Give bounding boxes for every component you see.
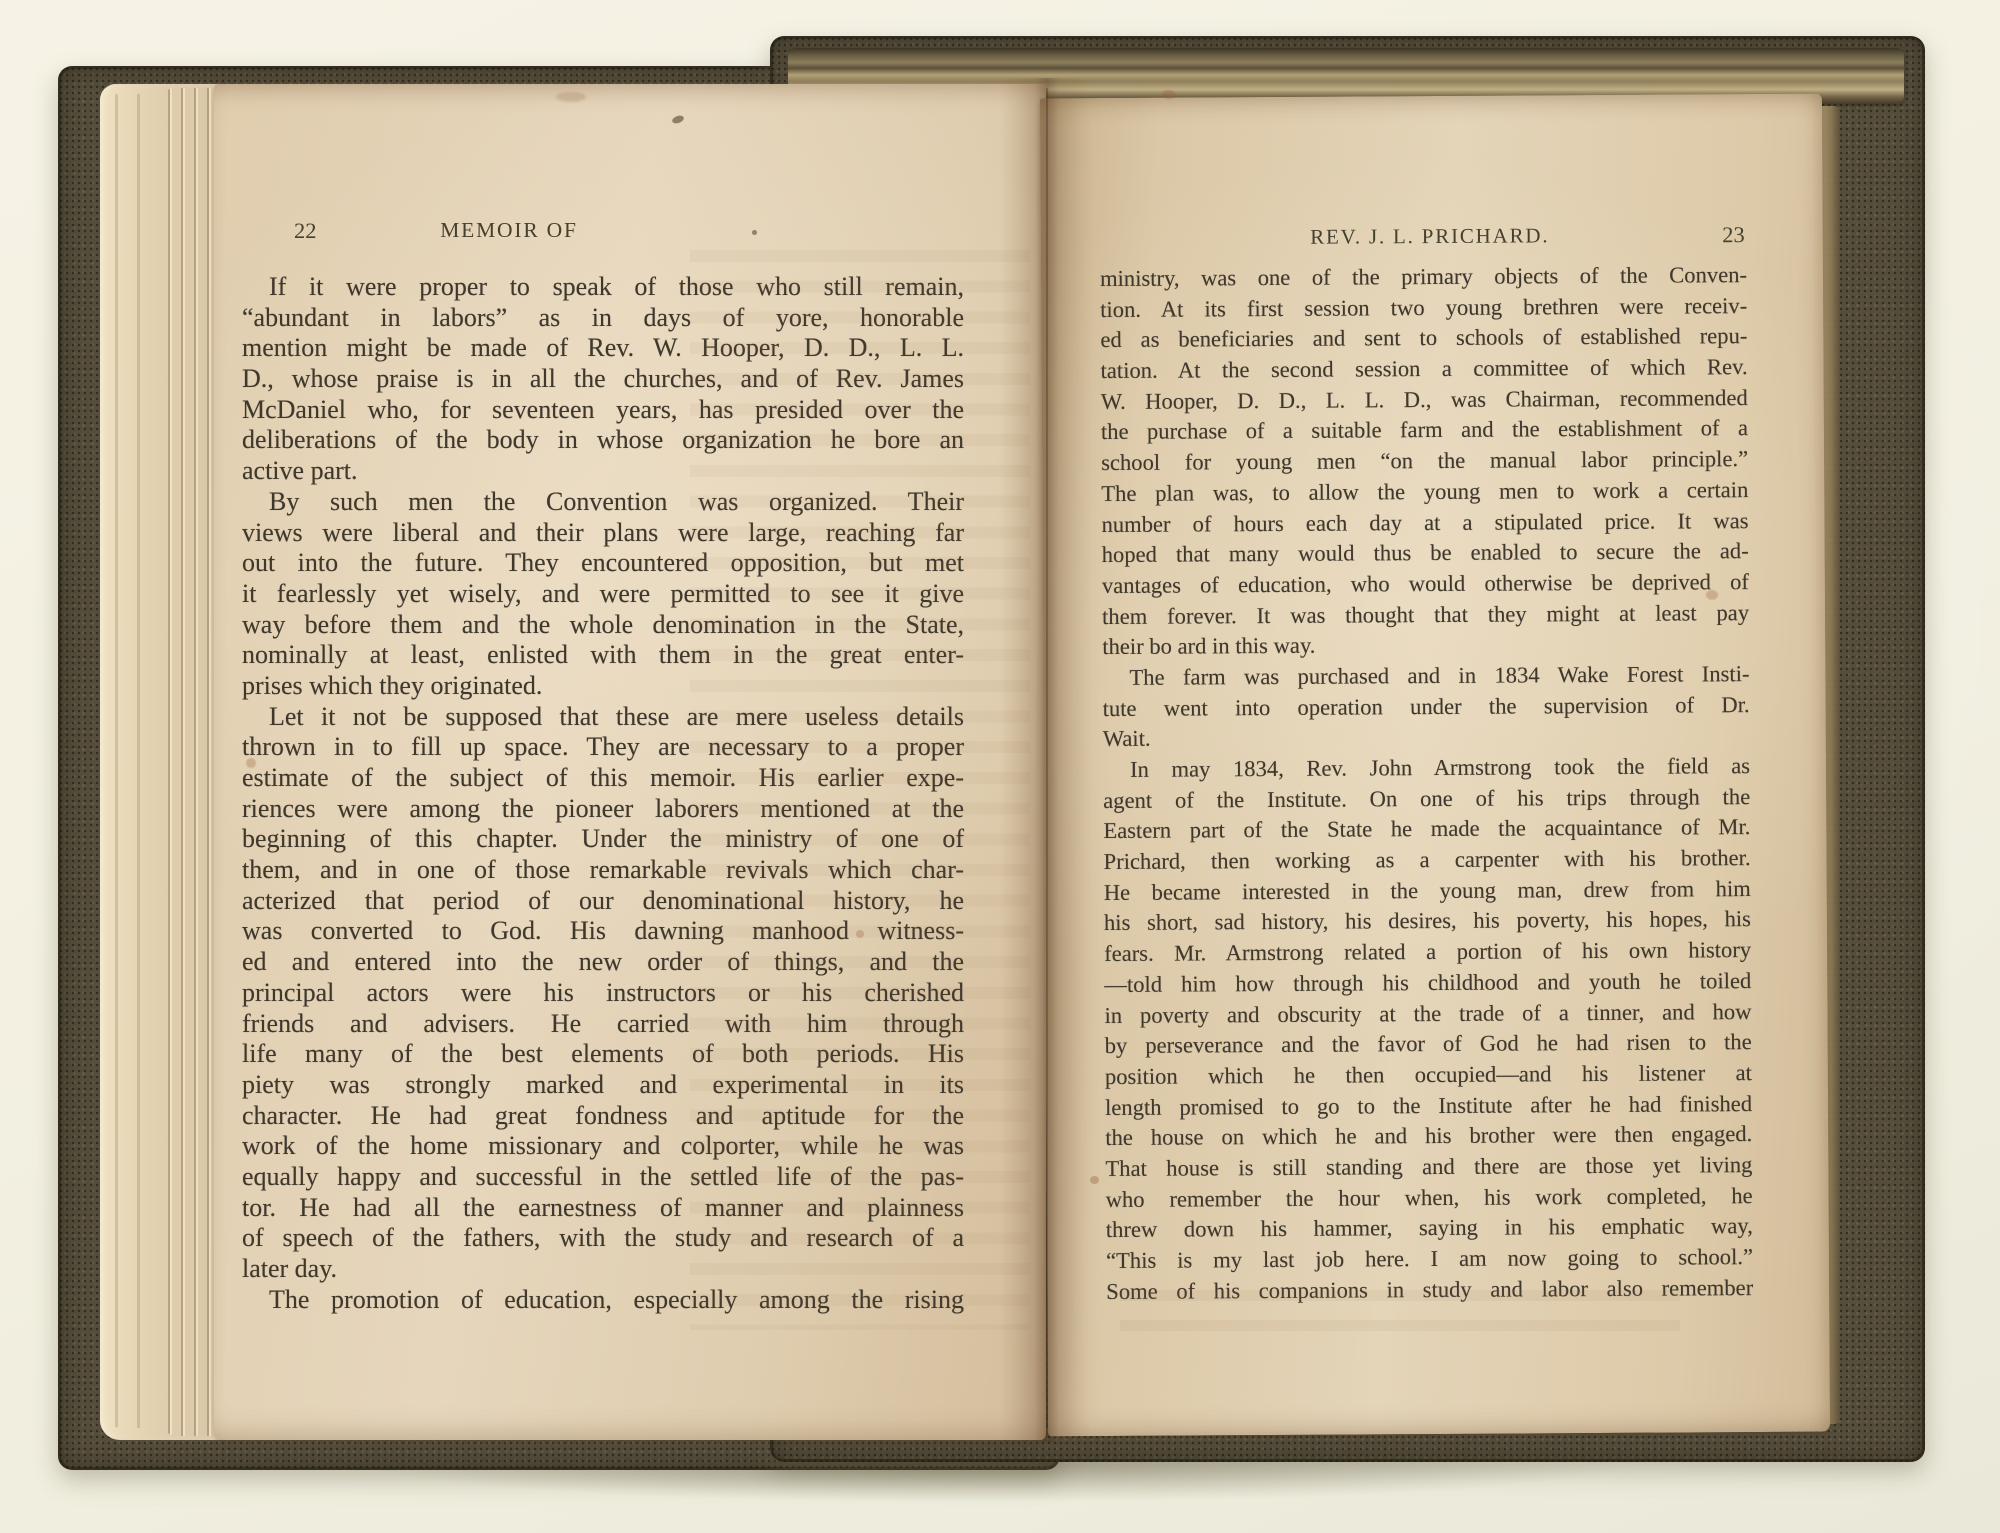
page-left: 22 MEMOIR OF If it were proper to speak … bbox=[214, 84, 1046, 1440]
text-line: school for young men “on the manual labo… bbox=[1101, 444, 1748, 479]
text-line: character. He had great fondness and apt… bbox=[242, 1101, 964, 1132]
text-line: way before them and the whole denominati… bbox=[242, 610, 964, 641]
running-title-left: MEMOIR OF bbox=[394, 218, 624, 243]
text-line: work of the home missionary and colporte… bbox=[242, 1131, 964, 1162]
page-stack-fore-edge-left bbox=[100, 84, 222, 1440]
text-line: friends and advisers. He carried with hi… bbox=[242, 1009, 964, 1040]
text-line: McDaniel who, for seventeen years, has p… bbox=[242, 395, 964, 426]
text-line: Eastern part of the State he made the ac… bbox=[1103, 812, 1750, 847]
photo-background: 22 MEMOIR OF If it were proper to speak … bbox=[0, 0, 2000, 1533]
text-line: ed as beneficiaries and sent to schools … bbox=[1100, 321, 1747, 356]
text-line: out into the future. They encountered op… bbox=[242, 548, 964, 579]
text-line: views were liberal and their plans were … bbox=[242, 518, 964, 549]
text-line: mention might be made of Rev. W. Hooper,… bbox=[242, 333, 964, 364]
text-line: That house is still standing and there a… bbox=[1105, 1150, 1752, 1185]
text-line: the purchase of a suitable farm and the … bbox=[1101, 414, 1748, 449]
text-line: W. Hooper, D. D., L. L. D., was Chairman… bbox=[1101, 383, 1748, 418]
text-line: length promised to go to the Institute a… bbox=[1105, 1089, 1752, 1124]
page-right: REV. J. L. PRICHARD. 23 ministry, was on… bbox=[1040, 94, 1830, 1437]
text-line: equally happy and successful in the sett… bbox=[242, 1162, 964, 1193]
text-line: piety was strongly marked and experiment… bbox=[242, 1070, 964, 1101]
text-line: by perseverance and the favor of God he … bbox=[1105, 1027, 1752, 1062]
text-line: He became interested in the young man, d… bbox=[1104, 874, 1751, 909]
text-line: riences were among the pioneer laborers … bbox=[242, 794, 964, 825]
text-line: principal actors were his instructors or… bbox=[242, 978, 964, 1009]
text-line: estimate of the subject of this memoir. … bbox=[242, 763, 964, 794]
running-title-right: REV. J. L. PRICHARD. bbox=[1288, 223, 1572, 250]
text-line: tor. He had all the earnestness of manne… bbox=[242, 1193, 964, 1224]
text-line: active part. bbox=[242, 456, 964, 487]
running-header-left: 22 MEMOIR OF bbox=[242, 218, 964, 250]
text-line: acterized that period of our denominatio… bbox=[242, 886, 964, 917]
text-line: tation. At the second session a committe… bbox=[1100, 352, 1747, 387]
text-line: “This is my last job here. I am now goin… bbox=[1106, 1242, 1753, 1277]
text-line: of speech of the fathers, with the study… bbox=[242, 1223, 964, 1254]
text-line: The promotion of education, especially a… bbox=[242, 1285, 964, 1316]
text-line: their bo ard in this way. bbox=[1102, 628, 1749, 663]
text-line: beginning of this chapter. Under the min… bbox=[242, 824, 964, 855]
text-line: The farm was purchased and in 1834 Wake … bbox=[1102, 659, 1749, 694]
text-line: hoped that many would thus be enabled to… bbox=[1102, 536, 1749, 571]
text-line: number of hours each day at a stipulated… bbox=[1101, 506, 1748, 541]
text-line: them forever. It was thought that they m… bbox=[1102, 598, 1749, 633]
text-line: If it were proper to speak of those who … bbox=[242, 272, 964, 303]
text-line: was converted to God. His dawning manhoo… bbox=[242, 916, 964, 947]
text-line: tute went into operation under the super… bbox=[1103, 690, 1750, 725]
text-line: them, and in one of those remarkable rev… bbox=[242, 855, 964, 886]
text-line: Some of his companions in study and labo… bbox=[1106, 1273, 1753, 1308]
text-line: threw down his hammer, saying in his emp… bbox=[1106, 1211, 1753, 1246]
text-line: Let it not be supposed that these are me… bbox=[242, 702, 964, 733]
text-line: in poverty and obscurity at the trade of… bbox=[1104, 997, 1751, 1032]
text-line: “abundant in labors” as in days of yore,… bbox=[242, 303, 964, 334]
text-line: it fearlessly yet wisely, and were permi… bbox=[242, 579, 964, 610]
text-line: the house on which he and his brother we… bbox=[1105, 1119, 1752, 1154]
text-line: ed and entered into the new order of thi… bbox=[242, 947, 964, 978]
text-line: position which he then occupied—and his … bbox=[1105, 1058, 1752, 1093]
text-line: his short, sad history, his desires, his… bbox=[1104, 905, 1751, 940]
text-line: The plan was, to allow the young men to … bbox=[1101, 475, 1748, 510]
text-line: fears. Mr. Armstrong related a portion o… bbox=[1104, 935, 1751, 970]
page-left-body: If it were proper to speak of those who … bbox=[242, 272, 964, 1315]
text-line: life many of the best elements of both p… bbox=[242, 1039, 964, 1070]
text-line: agent of the Institute. On one of his tr… bbox=[1103, 782, 1750, 817]
text-line: vantages of education, who would otherwi… bbox=[1102, 567, 1749, 602]
page-right-body: ministry, was one of the primary objects… bbox=[1100, 260, 1753, 1307]
text-line: D., whose praise is in all the churches,… bbox=[242, 364, 964, 395]
text-line: By such men the Convention was organized… bbox=[242, 487, 964, 518]
text-line: Wait. bbox=[1103, 720, 1750, 755]
text-line: ministry, was one of the primary objects… bbox=[1100, 260, 1747, 295]
page-number-left: 22 bbox=[294, 218, 317, 244]
page-number-right: 23 bbox=[1722, 222, 1745, 248]
text-line: —told him how through his childhood and … bbox=[1104, 966, 1751, 1001]
text-line: deliberations of the body in whose organ… bbox=[242, 425, 964, 456]
text-line: tion. At its first session two young bre… bbox=[1100, 291, 1747, 326]
text-line: prises which they originated. bbox=[242, 671, 964, 702]
text-line: In may 1834, Rev. John Armstrong took th… bbox=[1103, 751, 1750, 786]
text-line: Prichard, then working as a carpenter wi… bbox=[1103, 843, 1750, 878]
text-line: thrown in to fill up space. They are nec… bbox=[242, 732, 964, 763]
text-line: nominally at least, enlisted with them i… bbox=[242, 640, 964, 671]
text-line: who remember the hour when, his work com… bbox=[1106, 1181, 1753, 1216]
text-line: later day. bbox=[242, 1254, 964, 1285]
running-header-right: REV. J. L. PRICHARD. 23 bbox=[1100, 222, 1747, 258]
